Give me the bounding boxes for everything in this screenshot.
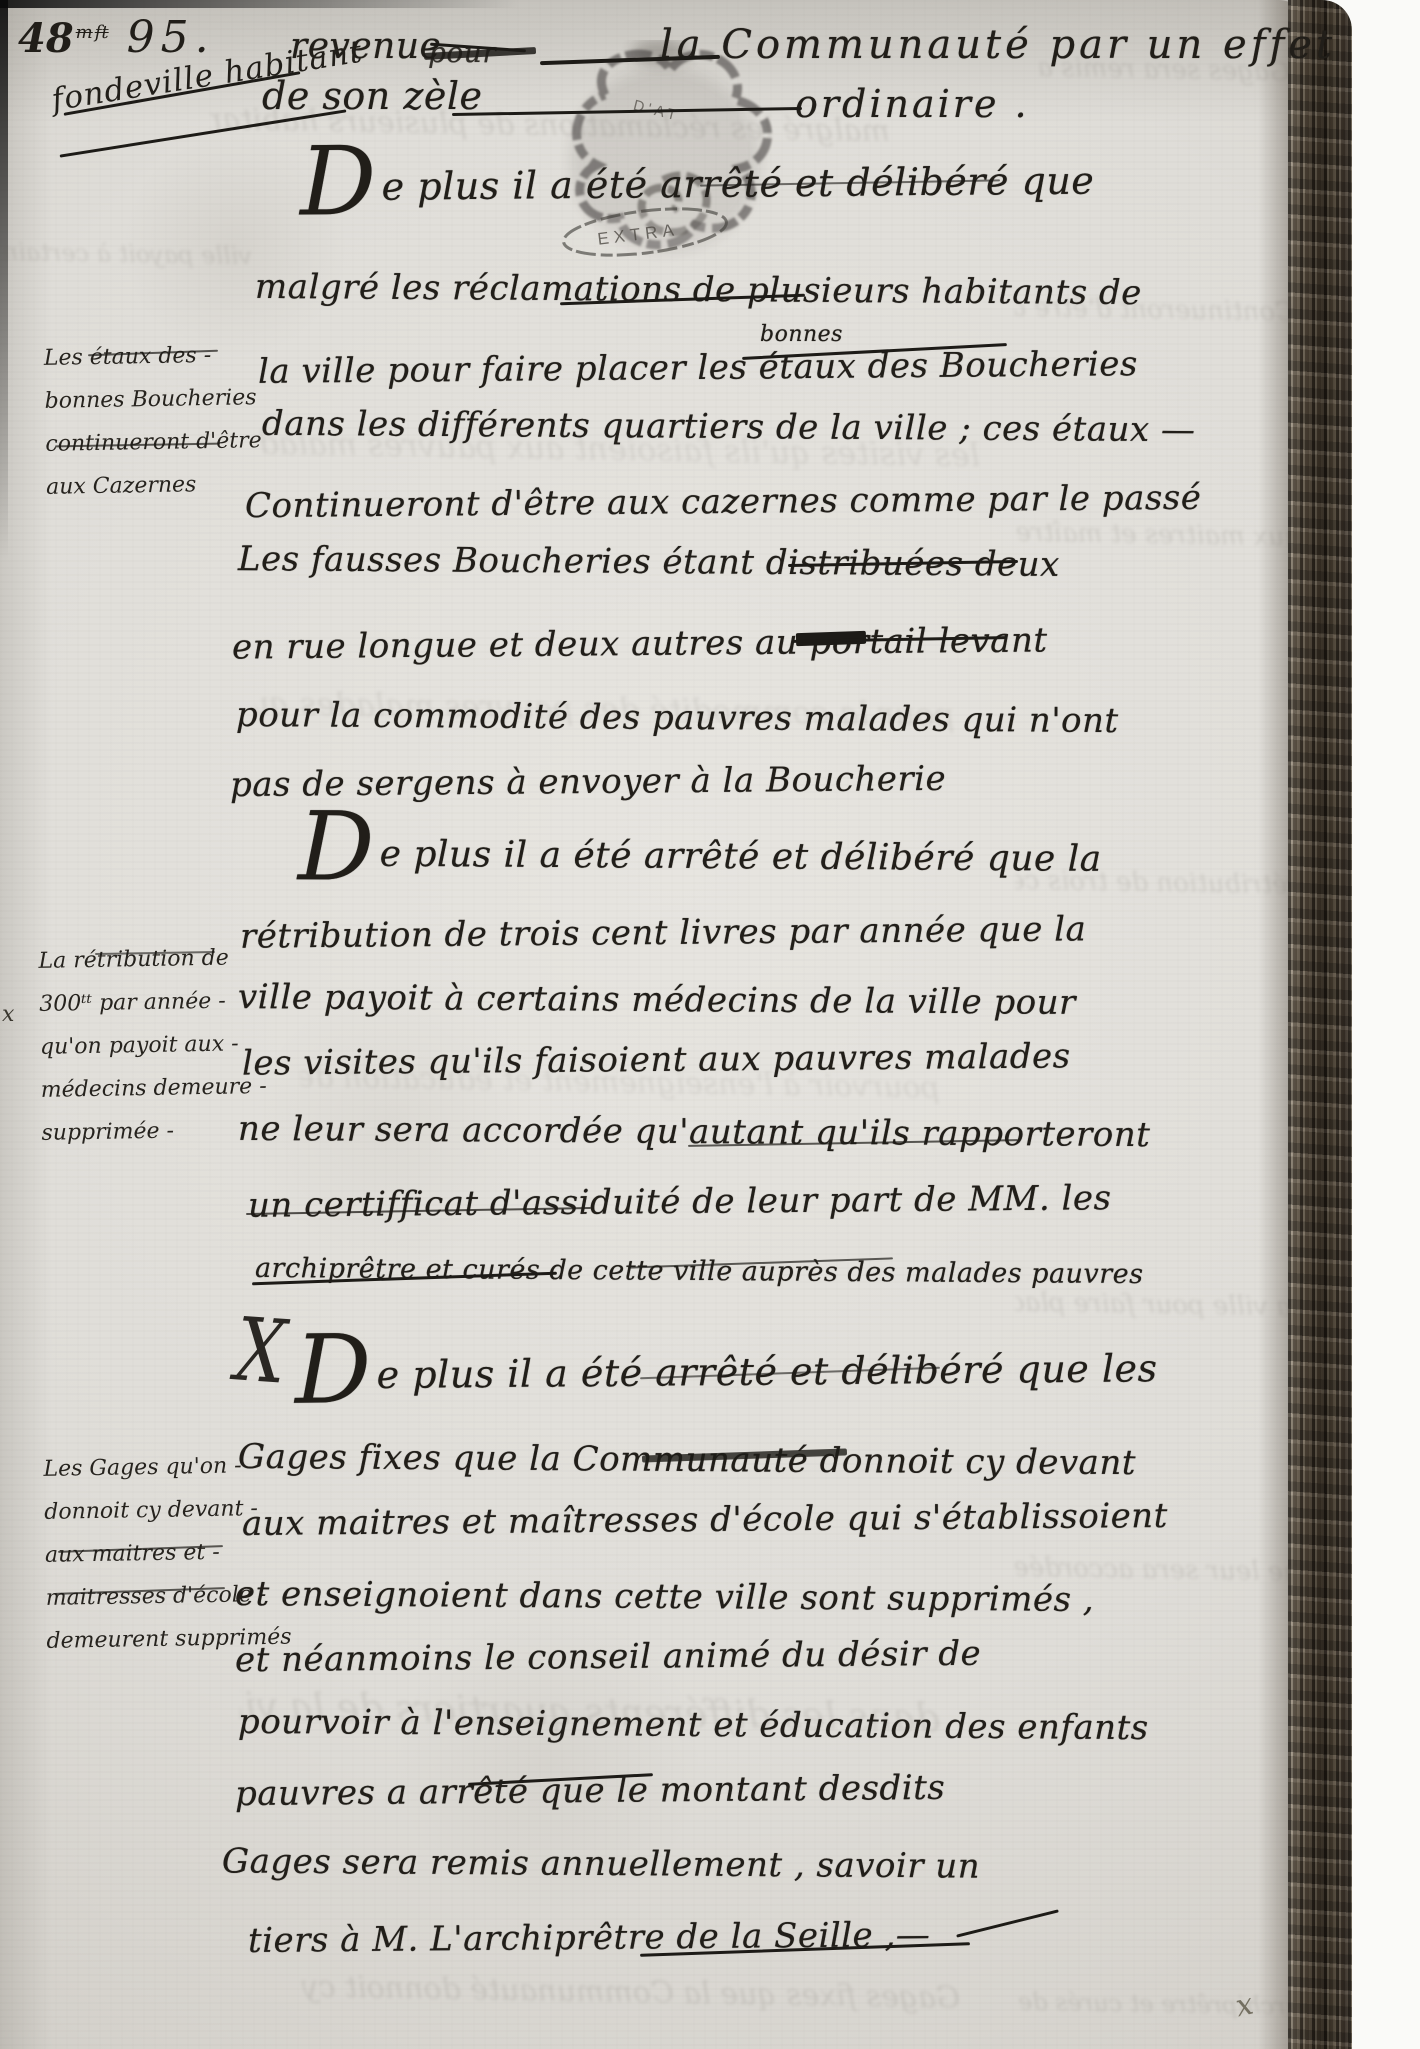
body-line: pauvres a arrêté que le montant desdits (235, 1768, 946, 1814)
margin-note-line: donnoit cy devant - (44, 1487, 260, 1534)
margin-note-line: médecins demeure - (40, 1065, 256, 1112)
margin-note: Les étaux des - bonnes Boucheries contin… (44, 333, 262, 509)
header-line: de son zèle (262, 74, 482, 118)
margin-note-line: bonnes Boucheries (44, 376, 260, 423)
heading-text: e plus il a été arrêté et délibéré que l… (376, 1346, 1157, 1397)
margin-note-line: Les Gages qu'on - (43, 1444, 259, 1491)
body-line: et néanmoins le conseil animé du désir d… (235, 1634, 982, 1681)
margin-note-line: Les étaux des - (44, 333, 260, 380)
interline-insertion: bonnes (760, 322, 843, 347)
margin-note-line: continueront d'être (45, 419, 261, 466)
paragraph-initial: D (300, 182, 377, 183)
folio-mark: ft (95, 22, 109, 43)
body-line: ville payoit à certains médecins de la v… (238, 977, 1076, 1023)
margin-note-line: aux Cazernes (46, 462, 262, 509)
body-line: Continueront d'être aux cazernes comme p… (245, 478, 1202, 526)
header-line: la Communauté par un effet (660, 22, 1336, 68)
margin-note: La rétribution de 300ᵗᵗ par année - qu'o… (38, 936, 257, 1155)
margin-note-line: qu'on payoit aux - (40, 1022, 256, 1069)
margin-cross-mark: x (2, 1002, 14, 1027)
book-binding-edge (1288, 0, 1352, 2049)
paragraph-heading: De plus il a été arrêté et délibéré que … (295, 1346, 1158, 1398)
paragraph-cross-mark: X (232, 1298, 289, 1404)
folio-header: 48mft95. (18, 12, 215, 63)
body-line: les visites qu'ils faisoient aux pauvres… (242, 1036, 1071, 1083)
ink-stamp: D'AT EXTRA (545, 40, 795, 275)
margin-note-line: aux maitres et - (45, 1530, 261, 1577)
body-line: la ville pour faire placer les étaux des… (258, 344, 1138, 392)
folio-number: 48 (18, 15, 74, 62)
body-line: pourvoir à l'enseignement et éducation d… (238, 1702, 1149, 1748)
body-line: aux maitres et maîtresses d'école qui s'… (242, 1496, 1168, 1544)
page-number: 95. (127, 12, 215, 63)
body-line: un certifficat d'assiduité de leur part … (248, 1178, 1112, 1226)
body-line: en rue longue et deux autres au portail … (232, 620, 1048, 667)
body-line: archiprêtre et curés de cette ville aupr… (255, 1253, 1144, 1290)
body-line: malgré les réclamations de plusieurs hab… (255, 267, 1142, 313)
header-line: ordinaire . (795, 82, 1030, 126)
margin-note-line: 300ᵗᵗ par année - (39, 979, 255, 1026)
body-line: Gages sera remis annuellement , savoir u… (222, 1841, 980, 1886)
page-edge-left (0, 0, 8, 560)
margin-note-line: supprimée - (41, 1108, 257, 1155)
body-line: pour la commodité des pauvres malades qu… (236, 695, 1119, 741)
paragraph-heading: De plus il a été arrêté et délibéré que (300, 159, 1095, 210)
body-line: et enseignoient dans cette ville sont su… (235, 1574, 1094, 1620)
paragraph-initial: D (295, 1370, 372, 1371)
margin-note: Les Gages qu'on - donnoit cy devant - au… (43, 1444, 262, 1663)
body-line: ne leur sera accordée qu'autant qu'ils r… (238, 1109, 1151, 1155)
paragraph-initial: D (298, 847, 375, 848)
page-edge-top (0, 0, 520, 8)
body-line: tiers à M. L'archiprêtre de la Seille ,— (248, 1915, 931, 1961)
body-line: rétribution de trois cent livres par ann… (240, 909, 1087, 956)
binding-shadow (1258, 0, 1292, 2049)
heading-text: e plus il a été arrêté et délibéré que l… (380, 834, 1102, 880)
margin-note-line: demeurent supprimés (46, 1616, 262, 1663)
margin-note-line: maitresses d'école - (45, 1573, 261, 1620)
body-line: dans les différents quartiers de la vill… (262, 404, 1196, 451)
manuscript-photo: Gages sera remis annuellement , savoir u… (0, 0, 1420, 2049)
paragraph-heading: De plus il a été arrêté et délibéré que … (298, 833, 1102, 880)
folio-mark: m (76, 22, 93, 43)
margin-note-line: La rétribution de (38, 936, 254, 983)
